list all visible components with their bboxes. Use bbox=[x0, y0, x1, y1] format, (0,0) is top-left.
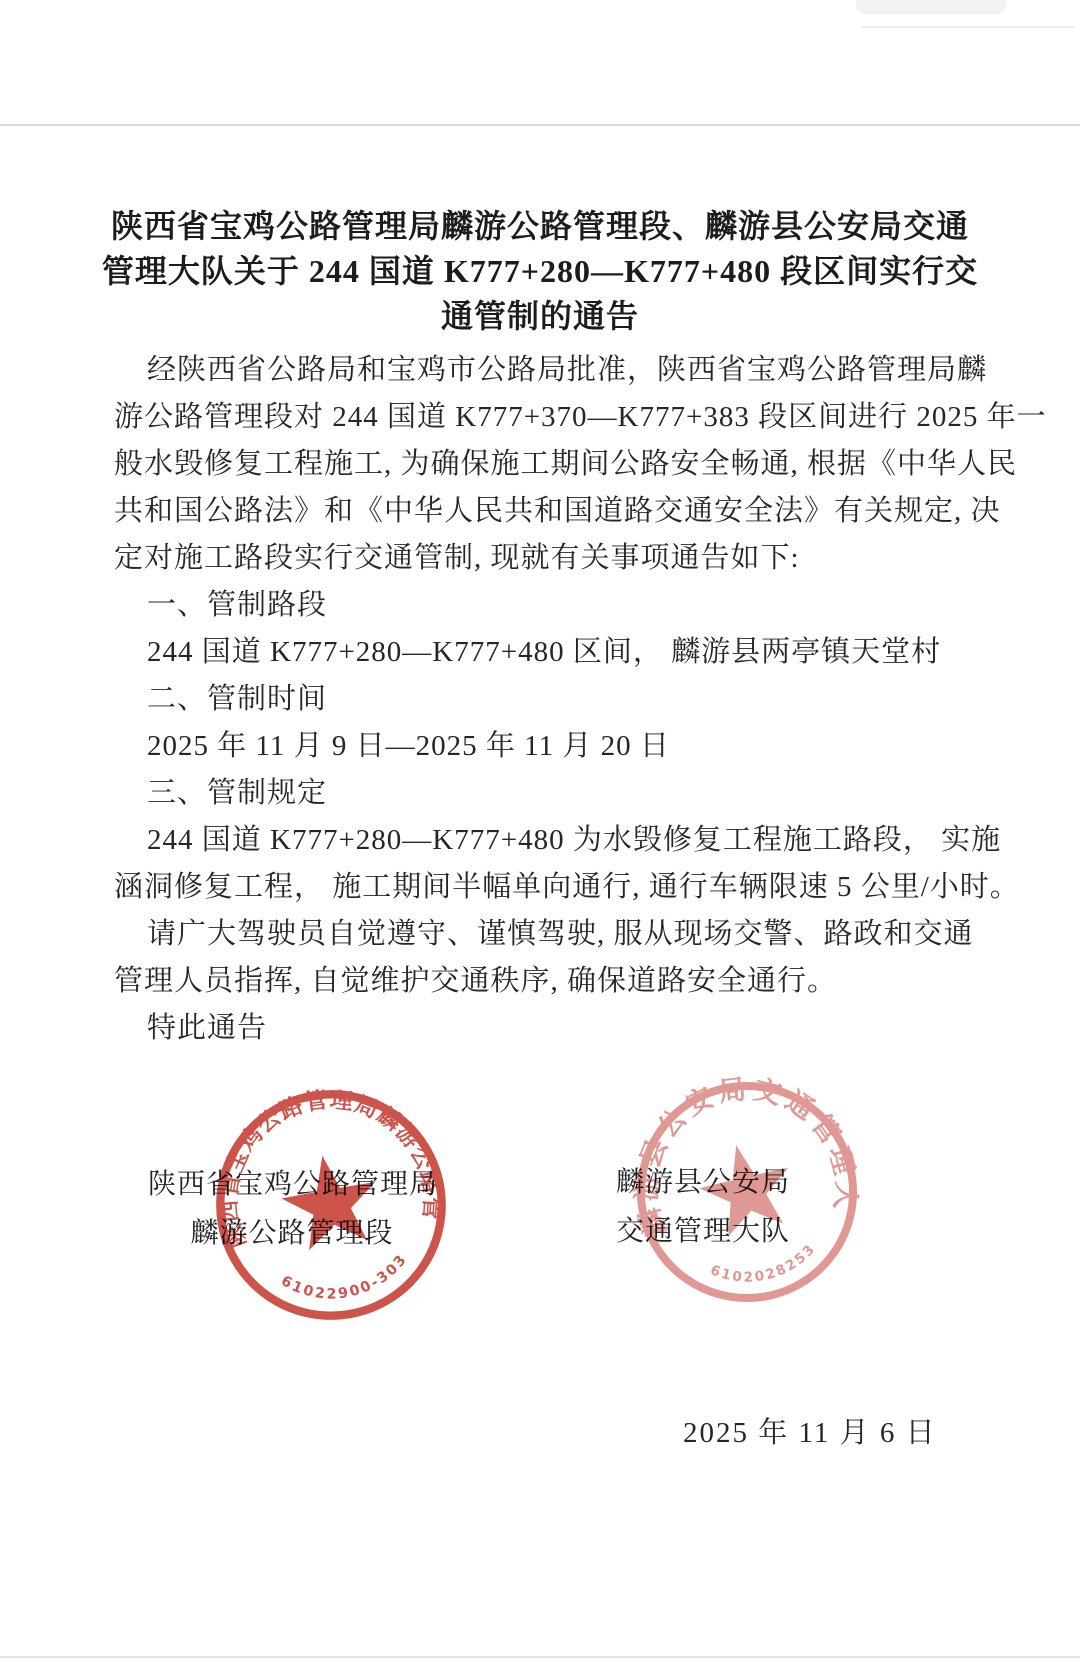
scan-corner-artifact bbox=[856, 0, 1006, 14]
notice-body-line: 经陕西省公路局和宝鸡市公路局批准，陕西省宝鸡公路管理局麟 bbox=[114, 347, 970, 394]
scanned-notice-photo: { "page": { "background": "#ffffff", "ti… bbox=[0, 0, 1080, 1663]
notice-body-line: 游公路管理段对 244 国道 K777+370—K777+383 段区间进行 2… bbox=[114, 394, 970, 441]
notice-body-line: 一、管制路段 bbox=[114, 582, 970, 629]
signature-right: 麟游县公安局 交通管理大队 bbox=[616, 1158, 856, 1256]
scan-corner-line bbox=[861, 26, 1075, 28]
notice-title-line: 陕西省宝鸡公路管理局麟游公路管理段、麟游县公安局交通 bbox=[0, 204, 1080, 249]
notice-body-line: 特此通告 bbox=[114, 1005, 970, 1052]
notice-body-line: 涵洞修复工程， 施工期间半幅单向通行, 通行车辆限速 5 公里/小时。 bbox=[114, 864, 970, 911]
notice-body-line: 二、管制时间 bbox=[114, 676, 970, 723]
notice-date: 2025 年 11 月 6 日 bbox=[683, 1410, 937, 1451]
notice-body-line: 请广大驾驶员自觉遵守、谨慎驾驶, 服从现场交警、路政和交通 bbox=[114, 911, 970, 958]
scan-top-edge-line bbox=[0, 124, 1080, 126]
signature-left-section: 麟游公路管理段 bbox=[148, 1209, 436, 1258]
notice-body-line: 244 国道 K777+280—K777+480 区间， 麟游县两亭镇天堂村 bbox=[114, 629, 970, 676]
notice-title-line: 通管制的通告 bbox=[0, 294, 1080, 339]
signature-left: 陕西省宝鸡公路管理局 麟游公路管理段 bbox=[148, 1160, 436, 1258]
notice-body-line: 2025 年 11 月 9 日—2025 年 11 月 20 日 bbox=[114, 723, 970, 770]
notice-body-line: 管理人员指挥, 自觉维护交通秩序, 确保道路安全通行。 bbox=[114, 958, 970, 1005]
notice-body-line: 般水毁修复工程施工, 为确保施工期间公路安全畅通, 根据《中华人民 bbox=[114, 441, 970, 488]
stamp-serial: 61022900-303 bbox=[276, 1249, 416, 1313]
signature-right-section: 交通管理大队 bbox=[616, 1207, 856, 1256]
notice-body: 经陕西省公路局和宝鸡市公路局批准，陕西省宝鸡公路管理局麟游公路管理段对 244 … bbox=[114, 347, 970, 1052]
signature-left-org: 陕西省宝鸡公路管理局 bbox=[148, 1160, 436, 1209]
notice-title-line: 管理大队关于 244 国道 K777+280—K777+480 段区间实行交 bbox=[0, 249, 1080, 294]
notice-body-line: 244 国道 K777+280—K777+480 为水毁修复工程施工路段， 实施 bbox=[114, 817, 970, 864]
notice-title: 陕西省宝鸡公路管理局麟游公路管理段、麟游县公安局交通管理大队关于 244 国道 … bbox=[0, 204, 1080, 339]
notice-body-line: 共和国公路法》和《中华人民共和国道路交通安全法》有关规定, 决 bbox=[114, 488, 970, 535]
scan-bottom-edge-line bbox=[0, 1656, 1080, 1658]
signature-right-org: 麟游县公安局 bbox=[616, 1158, 856, 1207]
notice-body-line: 定对施工路段实行交通管制, 现就有关事项通告如下: bbox=[114, 535, 970, 582]
notice-body-line: 三、管制规定 bbox=[114, 770, 970, 817]
